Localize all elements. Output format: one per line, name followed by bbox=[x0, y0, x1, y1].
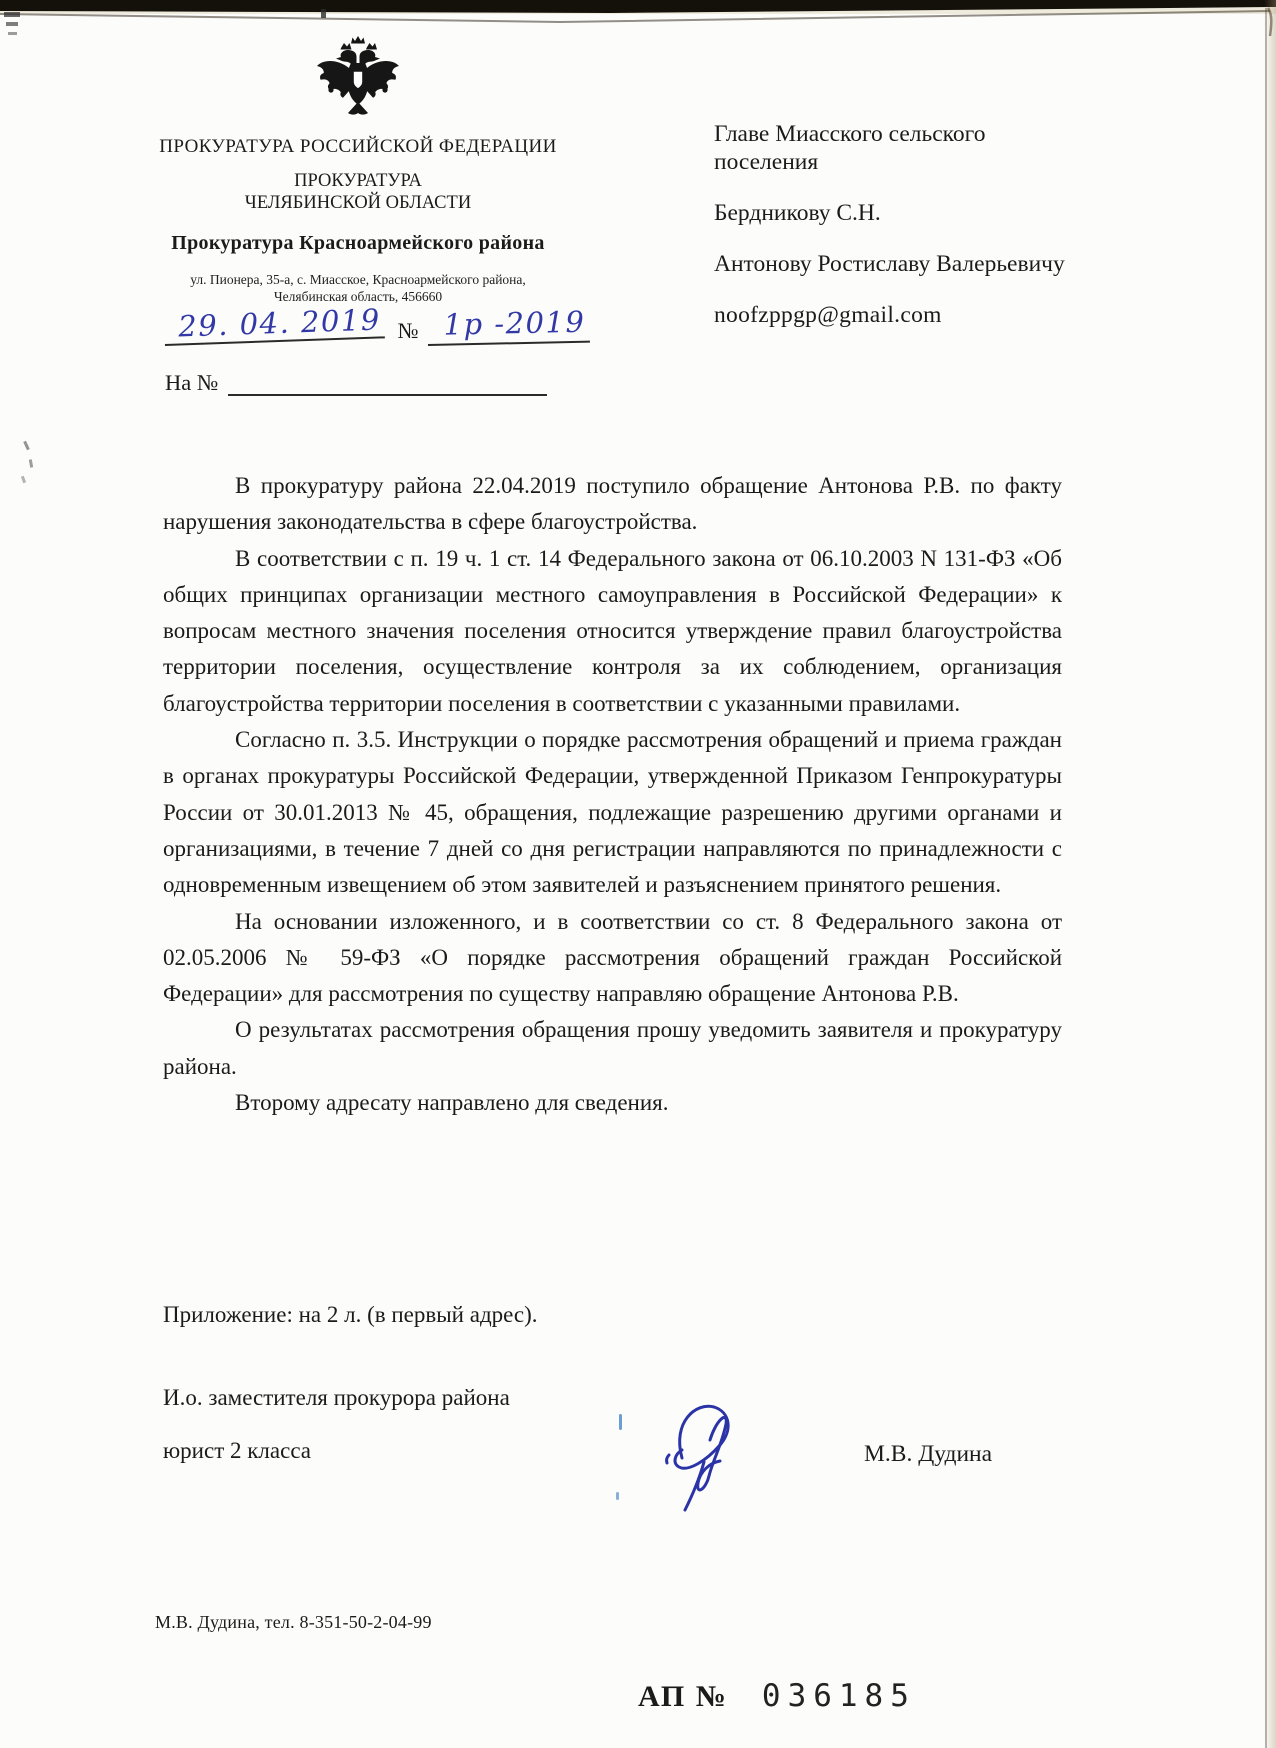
scan-artifact bbox=[23, 441, 30, 450]
scan-artifact bbox=[6, 22, 18, 26]
scan-ink-artifact bbox=[616, 1492, 619, 1500]
handwritten-signature-icon bbox=[636, 1392, 786, 1527]
scan-right-edge-line-artifact bbox=[1265, 8, 1267, 1748]
attachment-line: Приложение: на 2 л. (в первый адрес). bbox=[163, 1302, 1062, 1328]
signer-position-line1: И.о. заместителя прокурора района bbox=[163, 1385, 510, 1411]
executor-contact: М.В. Дудина, тел. 8-351-50-2-04-99 bbox=[155, 1612, 432, 1633]
org-region-title: ПРОКУРАТУРА ЧЕЛЯБИНСКОЙ ОБЛАСТИ bbox=[148, 170, 568, 214]
na-no-label: На № bbox=[165, 370, 218, 396]
form-number-stamp: АП № 036185 bbox=[638, 1678, 916, 1714]
org-region-line2: ЧЕЛЯБИНСКОЙ ОБЛАСТИ bbox=[148, 192, 568, 214]
signer-position-line2: юрист 2 класса bbox=[163, 1438, 311, 1464]
scan-top-border-artifact bbox=[0, 0, 1276, 36]
paragraph-3: Согласно п. 3.5. Инструкции о порядке ра… bbox=[163, 722, 1062, 903]
paragraph-1: В прокуратуру района 22.04.2019 поступил… bbox=[163, 468, 1062, 541]
signer-name: М.В. Дудина bbox=[864, 1441, 992, 1468]
org-region-line1: ПРОКУРАТУРА bbox=[148, 170, 568, 192]
russia-coat-of-arms-icon bbox=[314, 34, 402, 128]
letterhead: ПРОКУРАТУРА РОССИЙСКОЙ ФЕДЕРАЦИИ ПРОКУРА… bbox=[148, 34, 568, 305]
form-number-value: 036185 bbox=[762, 1678, 916, 1714]
org-federation-title: ПРОКУРАТУРА РОССИЙСКОЙ ФЕДЕРАЦИИ bbox=[148, 136, 568, 158]
scan-artifact bbox=[21, 476, 26, 484]
addressee-email: noofzppgp@gmail.com bbox=[714, 301, 1074, 329]
scan-artifact bbox=[321, 9, 326, 18]
outgoing-date-handwritten: 29. 04. 2019 bbox=[164, 302, 386, 346]
scan-artifact bbox=[8, 32, 17, 35]
org-district-title: Прокуратура Красноармейского района bbox=[148, 232, 568, 255]
addressee-block: Главе Миасского сельского поселения Берд… bbox=[714, 120, 1074, 329]
paragraph-2: В соответствии с п. 19 ч. 1 ст. 14 Федер… bbox=[163, 541, 1062, 722]
addressee-title: Главе Миасского сельского поселения bbox=[714, 120, 1074, 176]
paragraph-6: Второму адресату направлено для сведения… bbox=[163, 1085, 1062, 1121]
org-address-line1: ул. Пионера, 35-а, с. Миасское, Красноар… bbox=[148, 271, 568, 288]
scanned-letter-page: ПРОКУРАТУРА РОССИЙСКОЙ ФЕДЕРАЦИИ ПРОКУРА… bbox=[0, 0, 1276, 1748]
incoming-reference-row: На № bbox=[165, 362, 547, 396]
paragraph-5: О результатах рассмотрения обращения про… bbox=[163, 1012, 1062, 1085]
reference-row: 29. 04. 2019 № 1р -2019 bbox=[165, 300, 547, 346]
letter-body: В прокуратуру района 22.04.2019 поступил… bbox=[163, 468, 1062, 1121]
scan-artifact bbox=[4, 12, 20, 17]
outgoing-number-handwritten: 1р -2019 bbox=[428, 305, 591, 346]
addressee-name-1: Бердникову С.Н. bbox=[714, 199, 1074, 227]
incoming-number-blank bbox=[228, 364, 547, 396]
scan-artifact bbox=[29, 459, 33, 467]
form-series-label: АП № bbox=[638, 1680, 728, 1714]
paragraph-4: На основании изложенного, и в соответств… bbox=[163, 904, 1062, 1013]
addressee-name-2: Антонову Ростиславу Валерьевичу bbox=[714, 250, 1074, 278]
number-sign-label: № bbox=[385, 318, 428, 346]
scan-ink-artifact bbox=[619, 1414, 622, 1430]
